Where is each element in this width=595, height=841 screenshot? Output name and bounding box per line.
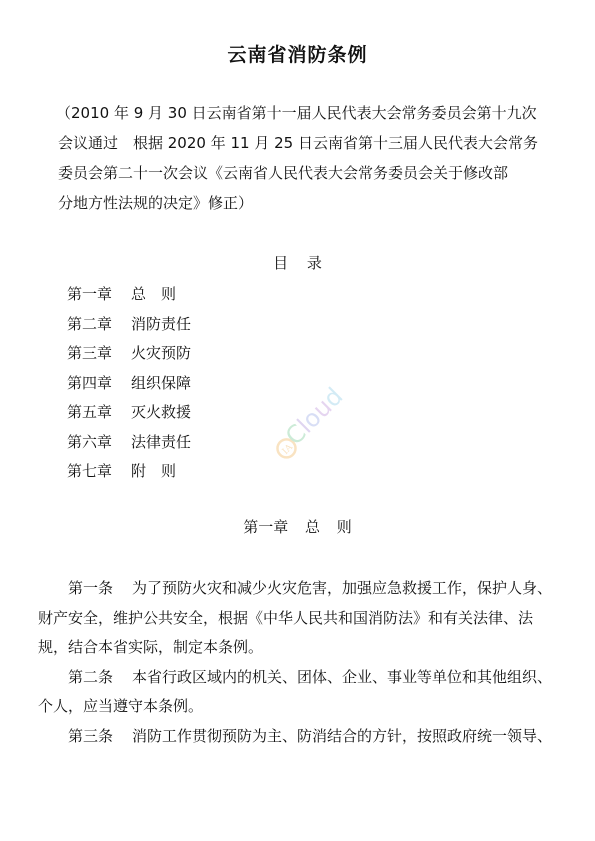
preamble-line: 分地方性法规的决定》修正）: [58, 188, 558, 218]
preamble-line: 会议通过 根据 2020 年 11 月 25 日云南省第十三届人民代表大会常务: [58, 128, 558, 158]
article-2-line: 第二条本省行政区域内的机关、团体、企业、事业等单位和其他组织、: [38, 663, 558, 693]
toc-chapter-number: 第一章: [67, 280, 131, 310]
toc-item[interactable]: 第二章消防责任: [67, 310, 191, 340]
article-label: 第三条: [68, 722, 132, 752]
articles: 第一条为了预防火灾和减少火灾危害，加强应急救援工作，保护人身、 财产安全，维护公…: [38, 574, 558, 751]
toc-chapter-number: 第五章: [67, 398, 131, 428]
toc-chapter-number: 第七章: [67, 457, 131, 487]
toc-chapter-name: 灭火救援: [131, 403, 191, 421]
preamble-line: 委员会第二十一次会议《云南省人民代表大会常务委员会关于修改部: [58, 158, 558, 188]
toc-chapter-name: 附 则: [131, 462, 176, 480]
article-2-line: 个人，应当遵守本条例。: [38, 692, 558, 722]
article-text: 为了预防火灾和减少火灾危害，加强应急救援工作，保护人身、: [132, 579, 552, 597]
chapter-heading: 第一章 总 则: [0, 516, 595, 537]
article-1-line: 规，结合本省实际，制定本条例。: [38, 633, 558, 663]
preamble-line: （2010 年 9 月 30 日云南省第十一届人民代表大会常务委员会第十九次: [56, 98, 558, 128]
svg-text:IA: IA: [281, 442, 296, 457]
toc-chapter-number: 第六章: [67, 428, 131, 458]
toc-item[interactable]: 第七章附 则: [67, 457, 191, 487]
article-3-line: 第三条消防工作贯彻预防为主、防消结合的方针，按照政府统一领导、: [38, 722, 558, 752]
toc-chapter-name: 消防责任: [131, 315, 191, 333]
article-1-line: 第一条为了预防火灾和减少火灾危害，加强应急救援工作，保护人身、: [38, 574, 558, 604]
toc-chapter-number: 第四章: [67, 369, 131, 399]
toc-chapter-name: 法律责任: [131, 433, 191, 451]
preamble: （2010 年 9 月 30 日云南省第十一届人民代表大会常务委员会第十九次 会…: [58, 98, 558, 218]
toc-chapter-name: 组织保障: [131, 374, 191, 392]
toc-chapter-name: 火灾预防: [131, 344, 191, 362]
article-label: 第二条: [68, 663, 132, 693]
toc-item[interactable]: 第五章灭火救援: [67, 398, 191, 428]
cloud-watermark-icon: IA Cloud: [262, 380, 352, 470]
toc-item[interactable]: 第一章总 则: [67, 280, 191, 310]
toc-title: 目 录: [0, 252, 595, 273]
table-of-contents: 第一章总 则 第二章消防责任 第三章火灾预防 第四章组织保障 第五章灭火救援 第…: [67, 280, 191, 487]
article-text: 本省行政区域内的机关、团体、企业、事业等单位和其他组织、: [132, 668, 552, 686]
document-title: 云南省消防条例: [0, 40, 595, 67]
article-text: 消防工作贯彻预防为主、防消结合的方针，按照政府统一领导、: [132, 727, 552, 745]
toc-chapter-number: 第三章: [67, 339, 131, 369]
article-1-line: 财产安全，维护公共安全，根据《中华人民共和国消防法》和有关法律、法: [38, 604, 558, 634]
toc-chapter-name: 总 则: [131, 285, 176, 303]
toc-chapter-number: 第二章: [67, 310, 131, 340]
article-label: 第一条: [68, 574, 132, 604]
toc-item[interactable]: 第三章火灾预防: [67, 339, 191, 369]
toc-item[interactable]: 第四章组织保障: [67, 369, 191, 399]
toc-item[interactable]: 第六章法律责任: [67, 428, 191, 458]
svg-text:Cloud: Cloud: [280, 382, 348, 450]
